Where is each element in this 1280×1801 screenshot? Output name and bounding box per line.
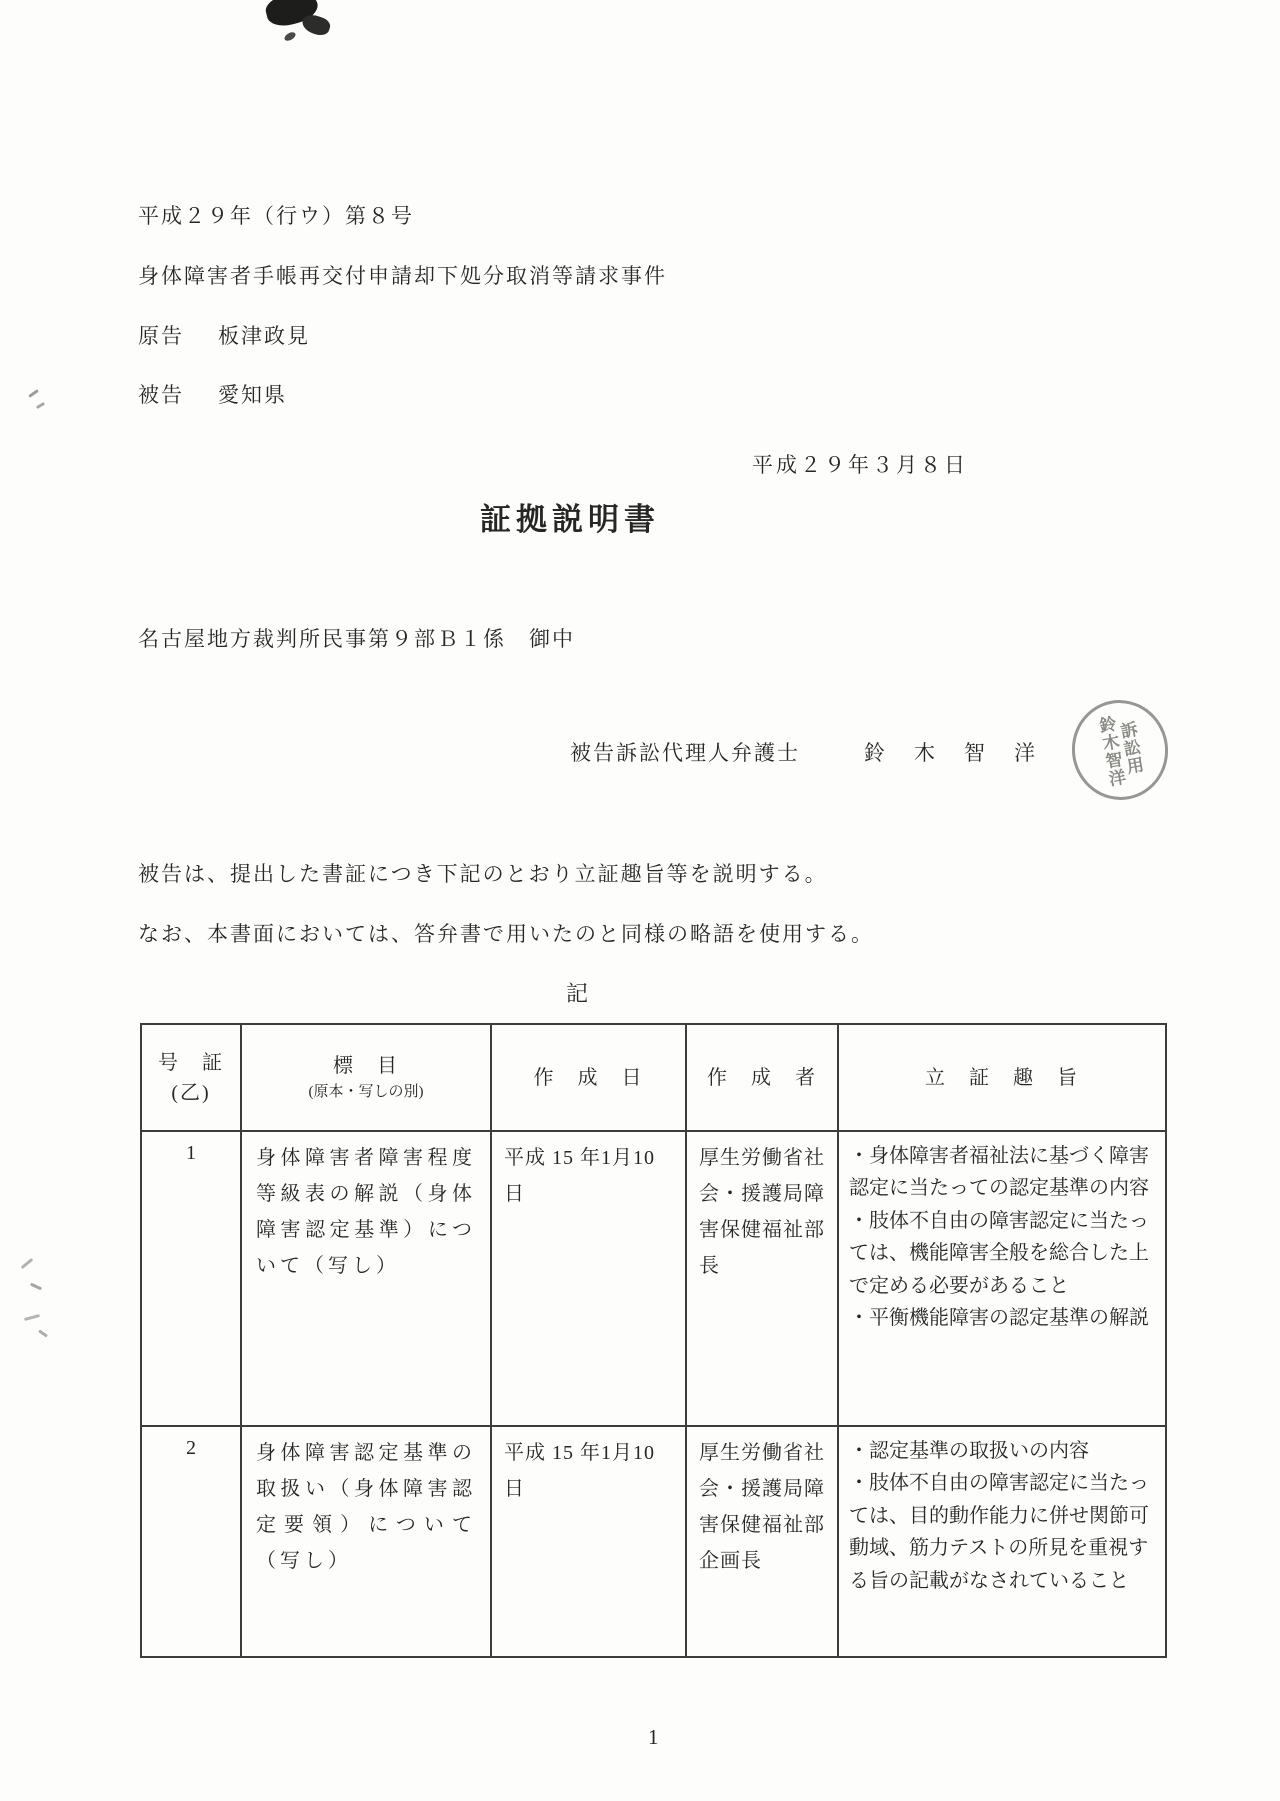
evidence-no: 2 <box>141 1426 241 1657</box>
attorney-label: 被告訴訟代理人弁護士 <box>570 737 800 767</box>
defendant-name: 愛知県 <box>218 379 287 409</box>
pencil-mark <box>21 1258 34 1269</box>
evidence-title: 身体障害者障害程度等級表の解説（身体障害認定基準）について（写し） <box>241 1131 491 1426</box>
defendant-label: 被告 <box>138 379 184 409</box>
proof-purpose: ・認定基準の取扱いの内容 ・肢体不自由の障害認定に当たっては、目的動作能力に併せ… <box>838 1426 1166 1657</box>
record-mark: 記 <box>566 977 590 1008</box>
scanned-legal-document: 平成２９年（行ウ）第８号 身体障害者手帳再交付申請却下処分取消等請求事件 原告 … <box>0 0 1280 1801</box>
evidence-no: 1 <box>141 1131 241 1426</box>
table-header-row: 号 証 (乙) 標 目 (原本・写しの別) 作 成 日 作 成 者 <box>141 1024 1166 1131</box>
pencil-mark <box>24 1314 40 1321</box>
pencil-mark <box>36 402 45 409</box>
pencil-mark <box>30 1283 42 1291</box>
header-evidence-title: 標 目 (原本・写しの別) <box>241 1024 491 1131</box>
recipient-line: 名古屋地方裁判所民事第９部Ｂ１係 御中 <box>138 623 575 653</box>
plaintiff-line: 原告 板津政見 <box>138 320 310 350</box>
scan-smudge-icon <box>283 30 297 42</box>
document-date: 平成２９年３月８日 <box>752 449 968 479</box>
pencil-mark <box>38 1329 48 1337</box>
header-creation-date: 作 成 日 <box>491 1024 686 1131</box>
attorney-line: 被告訴訟代理人弁護士 鈴 木 智 洋 <box>570 737 1039 767</box>
case-number: 平成２９年（行ウ）第８号 <box>138 200 414 230</box>
attorney-name: 鈴 木 智 洋 <box>864 737 1039 767</box>
header-proof-purpose: 立 証 趣 旨 <box>838 1024 1166 1131</box>
creation-date: 平成 15 年1月10日 <box>491 1131 686 1426</box>
proof-purpose: ・身体障害者福祉法に基づく障害認定に当たっての認定基準の内容 ・肢体不自由の障害… <box>838 1131 1166 1426</box>
document-title: 証拠説明書 <box>480 494 660 539</box>
creator: 厚生労働省社会・援護局障害保健福祉部長 <box>686 1131 838 1426</box>
creation-date: 平成 15 年1月10日 <box>491 1426 686 1657</box>
page-number: 1 <box>648 1725 659 1750</box>
table-row: 2 身体障害認定基準の取扱い（身体障害認定要領）について（写し） 平成 15 年… <box>141 1426 1166 1657</box>
case-title: 身体障害者手帳再交付申請却下処分取消等請求事件 <box>138 260 667 290</box>
header-evidence-no: 号 証 (乙) <box>141 1024 241 1131</box>
plaintiff-name: 板津政見 <box>218 320 310 350</box>
defendant-line: 被告 愛知県 <box>138 379 287 409</box>
plaintiff-label: 原告 <box>138 320 184 350</box>
attorney-seal-stamp: 鈴木智洋 訴訟用 <box>1064 692 1176 807</box>
creator: 厚生労働省社会・援護局障害保健福祉部企画長 <box>686 1426 838 1657</box>
paragraph-note: なお、本書面においては、答弁書で用いたのと同様の略語を使用する。 <box>138 918 874 948</box>
paragraph-intro: 被告は、提出した書証につき下記のとおり立証趣旨等を説明する。 <box>138 858 828 888</box>
evidence-table: 号 証 (乙) 標 目 (原本・写しの別) 作 成 日 作 成 者 <box>140 1023 1167 1658</box>
table-row: 1 身体障害者障害程度等級表の解説（身体障害認定基準）について（写し） 平成 1… <box>141 1131 1166 1426</box>
evidence-title: 身体障害認定基準の取扱い（身体障害認定要領）について（写し） <box>241 1426 491 1657</box>
pencil-mark <box>28 389 39 398</box>
scan-smudge-icon <box>300 12 332 38</box>
header-creator: 作 成 者 <box>686 1024 838 1131</box>
